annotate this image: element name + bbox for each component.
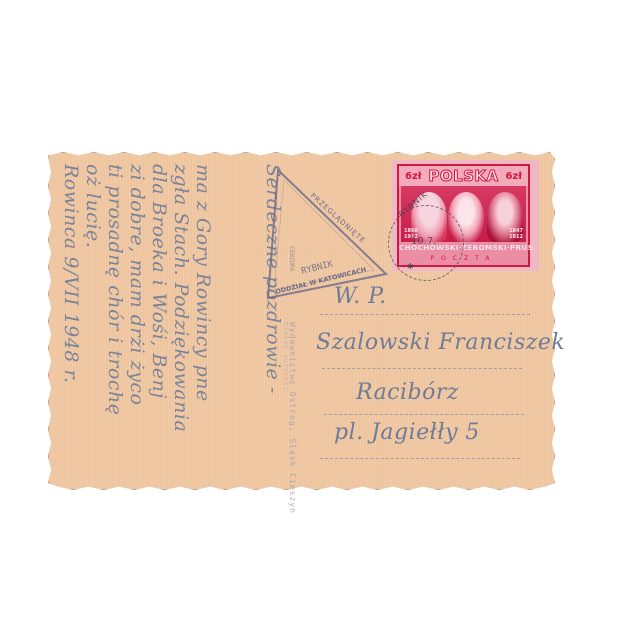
publisher-text: Wydawnictwo Ostrog, Śląsk Cieszyn (288, 322, 297, 514)
publisher-text-small: Nakład autorski (282, 322, 289, 391)
message-line: zgła Stach. Podziękowania (170, 164, 192, 432)
censor-triangle-stamp: PRZEGLĄDNIĘTE RYBNIK ODDZIAŁ W KATOWICAC… (262, 166, 392, 302)
address-street: pl. Jagiełły 5 (334, 420, 480, 445)
svg-text:CENZURA: CENZURA (288, 246, 295, 272)
stamp-value-right: 6zł (506, 171, 523, 182)
address-line-divider (322, 368, 522, 369)
address-city: Racibórz (356, 380, 459, 405)
stamp-header: 6zł POLSKA 6zł (399, 166, 528, 186)
address-line-divider (324, 414, 524, 415)
address-line-divider (320, 314, 530, 315)
address-line-divider (320, 458, 520, 459)
message-line: dla Broeka i Wośi, Benj (148, 164, 170, 399)
message-line: ma z Gory Rowincy pne (192, 164, 214, 402)
stamp-years-right: 1847 1912 (509, 228, 523, 240)
postmark: RYBNIK 10.7. ✱ (388, 205, 464, 281)
stamp-value-left: 6zł (405, 171, 422, 182)
star-icon: ✱ (407, 262, 414, 271)
message-line: zi dobre, mam drżi życo (126, 164, 148, 405)
postmark-date: 10.7. (411, 236, 436, 247)
stamp-country: POLSKA (428, 167, 498, 185)
message-line: oż lucię. (82, 164, 104, 248)
svg-text:PRZEGLĄDNIĘTE: PRZEGLĄDNIĘTE (309, 192, 367, 246)
message-line-date: Rowinca 9/VII 1948 r. (60, 164, 82, 384)
address-name: Szalowski Franciszek (316, 330, 565, 355)
message-line: ti prosadnę chór i trochę (104, 164, 126, 416)
address-salutation: W. P. (334, 284, 387, 309)
